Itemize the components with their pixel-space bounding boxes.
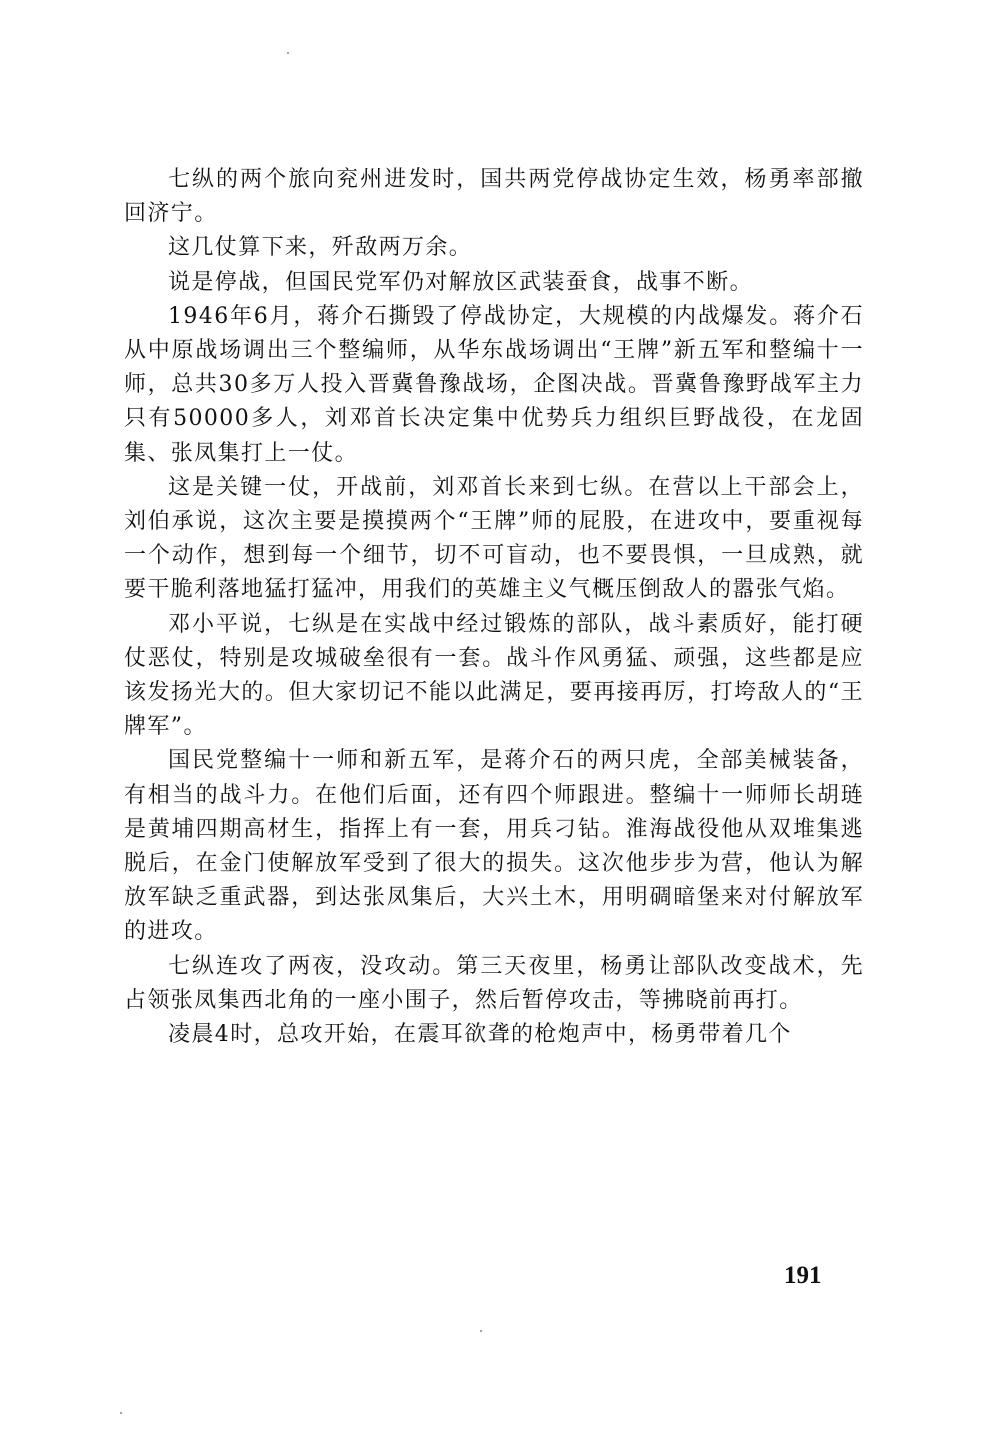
book-page: 七纵的两个旅向兖州进发时，国共两党停战协定生效，杨勇率部撤回济宁。 这几仗算下来…	[0, 0, 997, 1437]
paragraph: 说是停战，但国民党军仍对解放区武装蚕食，战事不断。	[124, 266, 864, 300]
paragraph: 七纵连攻了两夜，没攻动。第三天夜里，杨勇让部队改变战术，先占领张凤集西北角的一座…	[124, 950, 864, 1018]
body-text: 七纵的两个旅向兖州进发时，国共两党停战协定生效，杨勇率部撤回济宁。 这几仗算下来…	[124, 163, 864, 1052]
paragraph: 邓小平说，七纵是在实战中经过锻炼的部队，战斗素质好，能打硬仗恶仗，特别是攻城破垒…	[124, 608, 864, 745]
paragraph: 国民党整编十一师和新五军，是蒋介石的两只虎，全部美械装备，有相当的战斗力。在他们…	[124, 744, 864, 949]
paragraph: 这是关键一仗，开战前，刘邓首长来到七纵。在营以上干部会上，刘伯承说，这次主要是摸…	[124, 471, 864, 608]
paragraph: 这几仗算下来，歼敌两万余。	[124, 231, 864, 265]
scan-speck	[287, 52, 289, 54]
paragraph: 凌晨4时，总攻开始，在震耳欲聋的枪炮声中，杨勇带着几个	[124, 1018, 864, 1052]
paragraph: 七纵的两个旅向兖州进发时，国共两党停战协定生效，杨勇率部撤回济宁。	[124, 163, 864, 231]
paragraph: 1946年6月，蒋介石撕毁了停战协定，大规模的内战爆发。蒋介石从中原战场调出三个…	[124, 300, 864, 471]
page-number: 191	[784, 1262, 822, 1290]
scan-speck	[480, 1330, 482, 1332]
scan-speck	[120, 1412, 122, 1414]
